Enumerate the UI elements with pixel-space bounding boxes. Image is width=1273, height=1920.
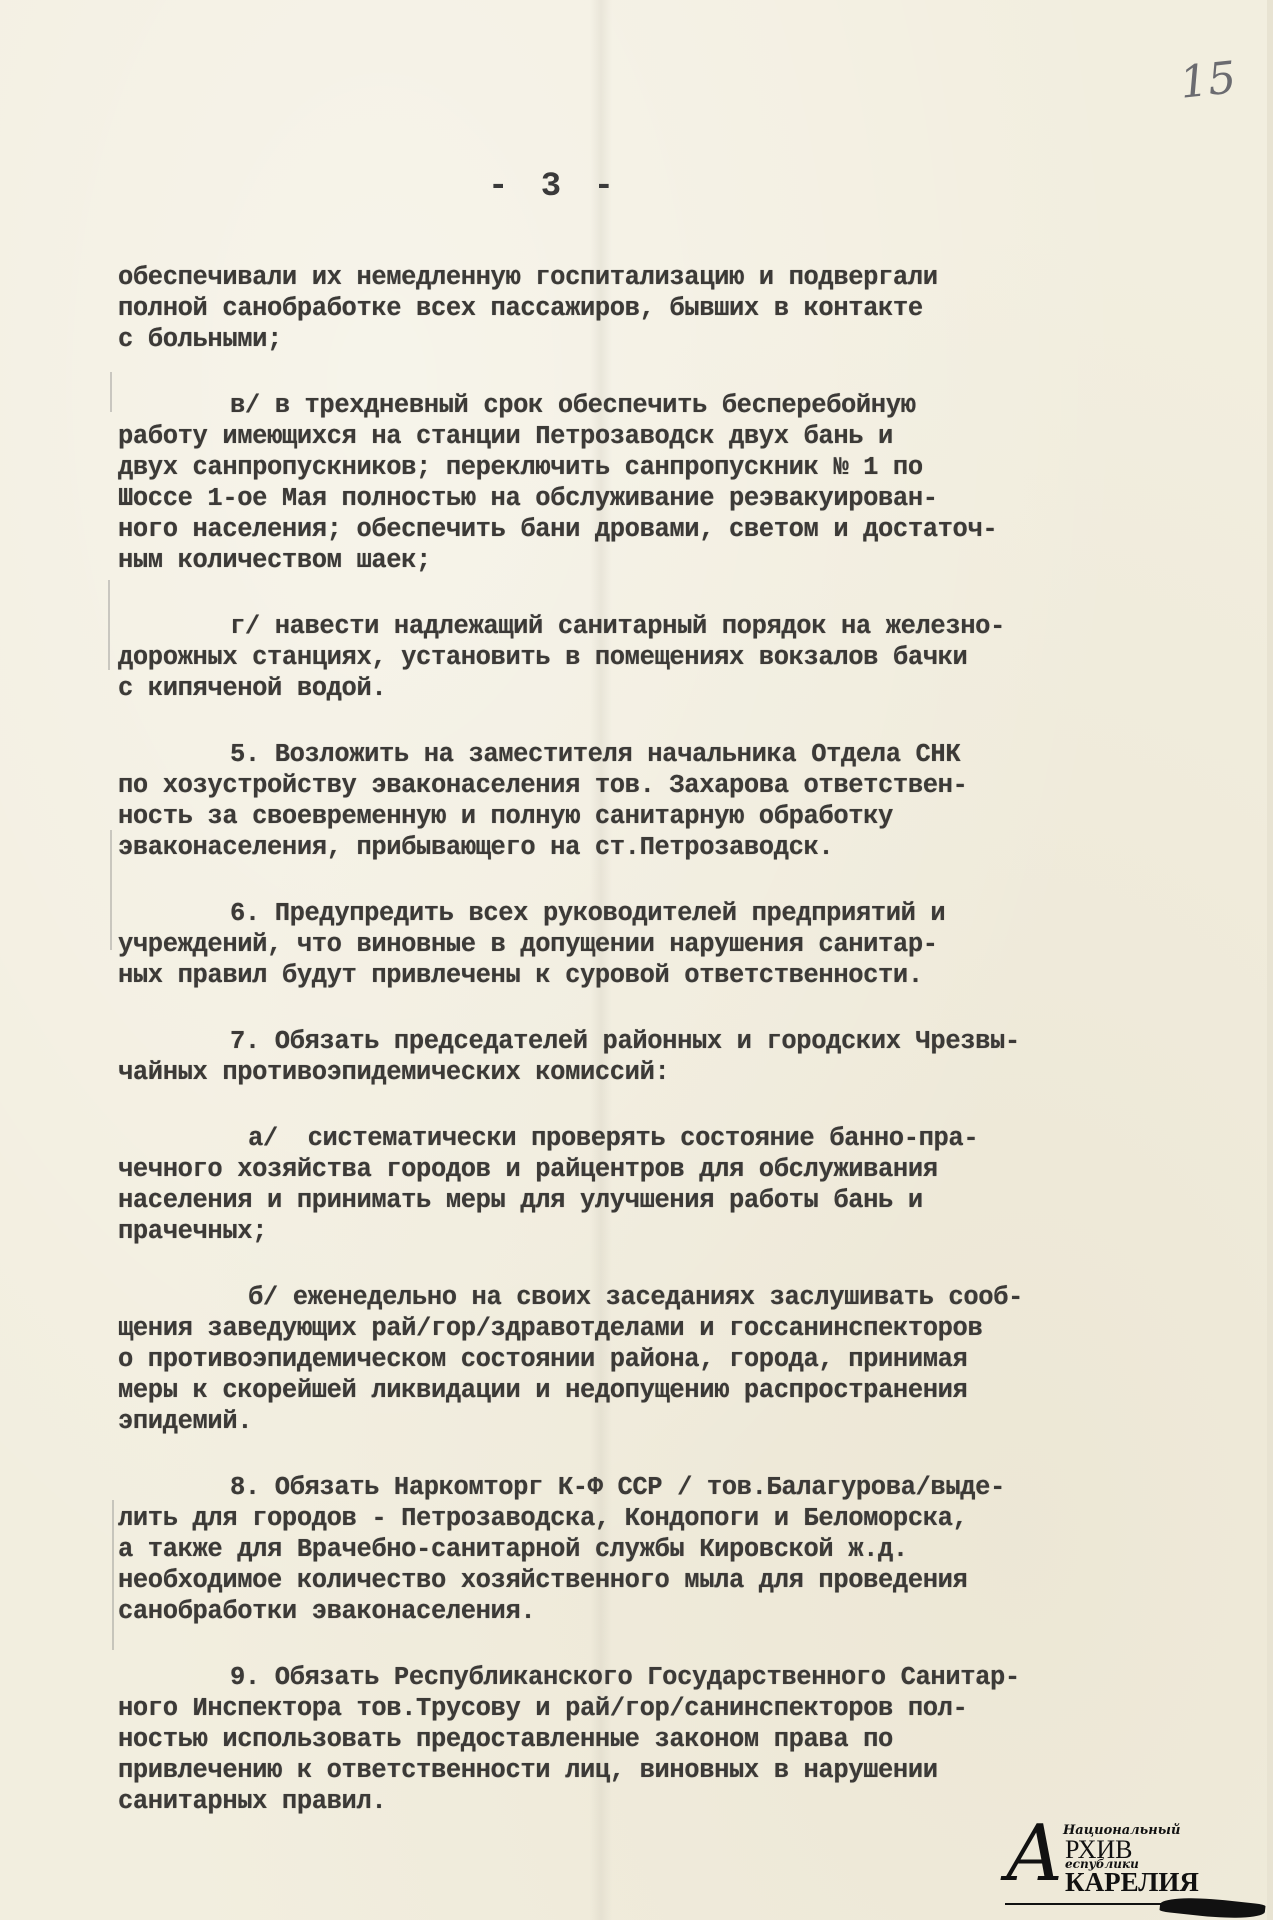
- text-line: 5. Возложить на заместителя начальника О…: [118, 739, 1228, 770]
- text-line: ного Инспектора тов.Трусову и рай/гор/са…: [118, 1693, 1228, 1724]
- paragraph: 5. Возложить на заместителя начальника О…: [118, 739, 1228, 863]
- document-page: 15 - 3 - обеспечивали их немедленную гос…: [0, 0, 1273, 1920]
- text-line: в/ в трехдневный срок обеспечить беспере…: [118, 390, 1228, 421]
- text-line: б/ еженедельно на своих заседаниях заслу…: [118, 1282, 1228, 1313]
- text-line: эваконаселения, прибывающего на ст.Петро…: [118, 832, 1228, 863]
- text-line: ностью использовать предоставленные зако…: [118, 1724, 1228, 1755]
- logo-line4: КАРЕЛИЯ: [1065, 1867, 1199, 1898]
- text-line: г/ навести надлежащий санитарный порядок…: [118, 611, 1228, 642]
- text-line: учреждений, что виновные в допущении нар…: [118, 929, 1228, 960]
- text-line: ного населения; обеспечить бани дровами,…: [118, 514, 1228, 545]
- text-line: а также для Врачебно-санитарной службы К…: [118, 1534, 1228, 1565]
- text-line: 8. Обязать Наркомторг К-Ф ССР / тов.Бала…: [118, 1472, 1228, 1503]
- text-line: эпидемий.: [118, 1406, 1228, 1437]
- text-line: ным количеством шаек;: [118, 545, 1228, 576]
- text-line: 6. Предупредить всех руководителей предп…: [118, 898, 1228, 929]
- text-line: необходимое количество хозяйственного мы…: [118, 1565, 1228, 1596]
- paragraph: 7. Обязать председателей районных и горо…: [118, 1026, 1228, 1088]
- text-line: прачечных;: [118, 1216, 1228, 1247]
- text-line: с больными;: [118, 324, 1228, 355]
- logo-initials: А: [1005, 1815, 1064, 1893]
- archive-logo: А Национальный РХИВ еспублики КАРЕЛИЯ: [1005, 1815, 1265, 1920]
- text-line: чечного хозяйства городов и райцентров д…: [118, 1154, 1228, 1185]
- text-line: с кипяченой водой.: [118, 673, 1228, 704]
- text-line: работу имеющихся на станции Петрозаводск…: [118, 421, 1228, 452]
- text-line: санобработки эваконаселения.: [118, 1596, 1228, 1627]
- text-line: ных правил будут привлечены к суровой от…: [118, 960, 1228, 991]
- paragraph: в/ в трехдневный срок обеспечить беспере…: [118, 390, 1228, 576]
- text-line: Шоссе 1-ое Мая полностью на обслуживание…: [118, 483, 1228, 514]
- margin-mark: [110, 830, 112, 950]
- logo-rule: [1005, 1903, 1165, 1905]
- margin-mark: [112, 1500, 114, 1650]
- text-line: чайных противоэпидемических комиссий:: [118, 1057, 1228, 1088]
- paragraph: 8. Обязать Наркомторг К-Ф ССР / тов.Бала…: [118, 1472, 1228, 1627]
- text-line: дорожных станциях, установить в помещени…: [118, 642, 1228, 673]
- text-line: 9. Обязать Республиканского Государствен…: [118, 1662, 1228, 1693]
- paragraph: б/ еженедельно на своих заседаниях заслу…: [118, 1282, 1228, 1437]
- text-line: лить для городов - Петрозаводска, Кондоп…: [118, 1503, 1228, 1534]
- document-body: обеспечивали их немедленную госпитализац…: [118, 262, 1228, 1852]
- text-line: двух санпропускников; переключить санпро…: [118, 452, 1228, 483]
- text-line: 7. Обязать председателей районных и горо…: [118, 1026, 1228, 1057]
- page-number: - 3 -: [488, 168, 620, 206]
- text-line: привлечению к ответственности лиц, винов…: [118, 1755, 1228, 1786]
- margin-mark: [108, 580, 110, 670]
- paragraph: 9. Обязать Республиканского Государствен…: [118, 1662, 1228, 1817]
- text-line: о противоэпидемическом состоянии района,…: [118, 1344, 1228, 1375]
- margin-mark: [110, 372, 112, 412]
- text-line: а/ систематически проверять состояние ба…: [118, 1123, 1228, 1154]
- text-line: ность за своевременную и полную санитарн…: [118, 801, 1228, 832]
- folio-number: 15: [1177, 52, 1238, 109]
- paragraph: обеспечивали их немедленную госпитализац…: [118, 262, 1228, 355]
- paper-edge: [1267, 0, 1273, 1920]
- text-line: полной санобработке всех пассажиров, быв…: [118, 293, 1228, 324]
- paragraph: а/ систематически проверять состояние ба…: [118, 1123, 1228, 1247]
- paragraph: г/ навести надлежащий санитарный порядок…: [118, 611, 1228, 704]
- paragraph: 6. Предупредить всех руководителей предп…: [118, 898, 1228, 991]
- text-line: обеспечивали их немедленную госпитализац…: [118, 262, 1228, 293]
- text-line: населения и принимать меры для улучшения…: [118, 1185, 1228, 1216]
- text-line: по хозустройству эваконаселения тов. Зах…: [118, 770, 1228, 801]
- text-line: щения заведующих рай/гор/здравотделами и…: [118, 1313, 1228, 1344]
- text-line: меры к скорейшей ликвидации и недопущени…: [118, 1375, 1228, 1406]
